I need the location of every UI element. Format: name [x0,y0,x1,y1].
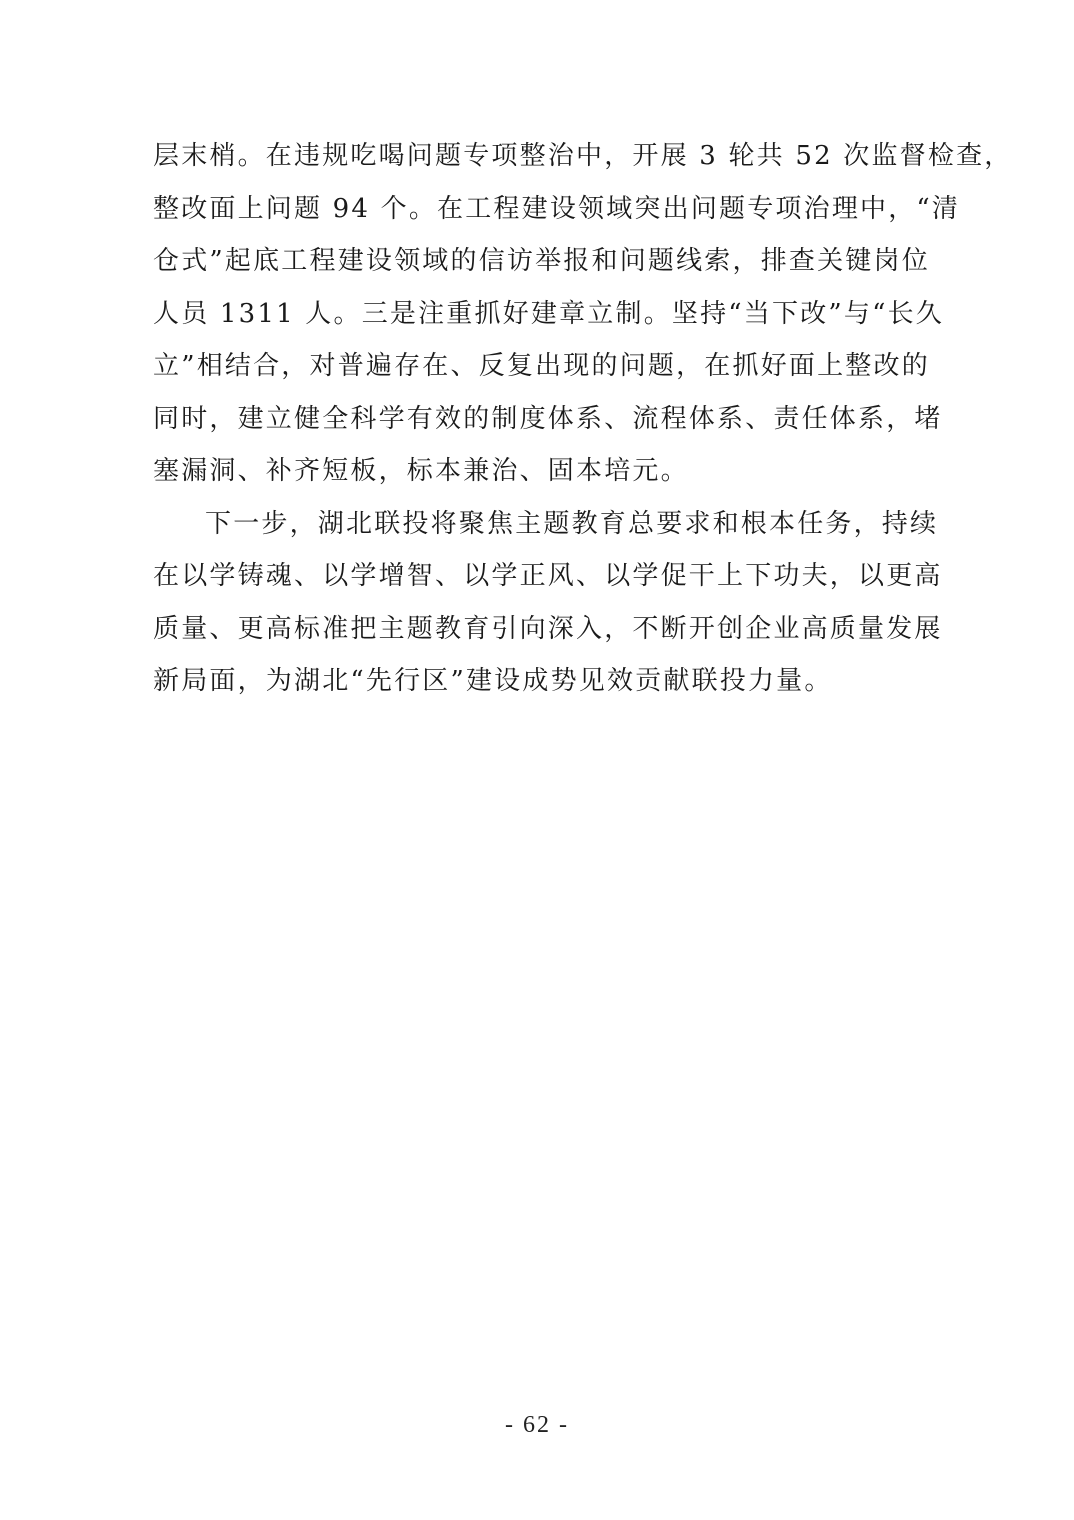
text-line: 下一步，湖北联投将聚焦主题教育总要求和根本任务，持续 [153,498,923,551]
paragraph-1: 层末梢。在违规吃喝问题专项整治中，开展 3 轮共 52 次监督检查， 整改面上问… [153,130,923,498]
text-line: 新局面，为湖北“先行区”建设成势见效贡献联投力量。 [153,655,923,708]
body-text: 层末梢。在违规吃喝问题专项整治中，开展 3 轮共 52 次监督检查， 整改面上问… [153,130,923,708]
text-line: 立”相结合，对普遍存在、反复出现的问题，在抓好面上整改的 [153,340,923,393]
document-page: 层末梢。在违规吃喝问题专项整治中，开展 3 轮共 52 次监督检查， 整改面上问… [0,0,1074,1520]
text-line: 同时，建立健全科学有效的制度体系、流程体系、责任体系，堵 [153,393,923,446]
text-line: 整改面上问题 94 个。在工程建设领域突出问题专项治理中，“清 [153,183,923,236]
page-number: - 62 - [0,1412,1074,1439]
text-line: 人员 1311 人。三是注重抓好建章立制。坚持“当下改”与“长久 [153,288,923,341]
text-line: 在以学铸魂、以学增智、以学正风、以学促干上下功夫，以更高 [153,550,923,603]
text-line: 仓式”起底工程建设领域的信访举报和问题线索，排查关键岗位 [153,235,923,288]
text-line: 层末梢。在违规吃喝问题专项整治中，开展 3 轮共 52 次监督检查， [153,130,923,183]
paragraph-2: 下一步，湖北联投将聚焦主题教育总要求和根本任务，持续 在以学铸魂、以学增智、以学… [153,498,923,708]
text-line: 塞漏洞、补齐短板，标本兼治、固本培元。 [153,445,923,498]
text-line: 质量、更高标准把主题教育引向深入，不断开创企业高质量发展 [153,603,923,656]
